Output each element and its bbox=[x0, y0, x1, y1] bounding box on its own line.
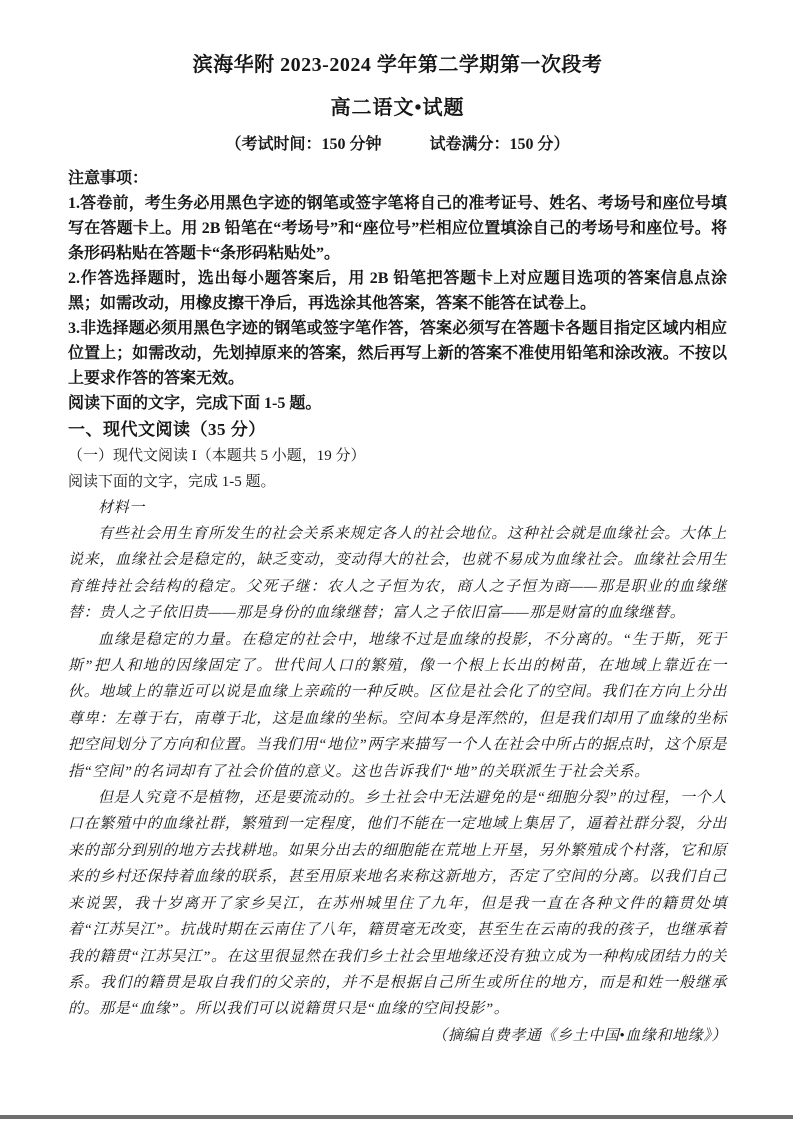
reading-instruction: 阅读下面的文字，完成下面 1-5 题。 bbox=[68, 391, 727, 416]
notice-item-1: 1.答卷前，考生务必用黑色字迹的钢笔或签字笔将自己的准考证号、姓名、考场号和座位… bbox=[68, 191, 727, 266]
exam-title: 滨海华附 2023-2024 学年第二学期第一次段考 bbox=[68, 52, 727, 79]
exam-info-line: （考试时间：150 分钟 试卷满分：150 分） bbox=[68, 134, 727, 156]
exam-paper-page: 滨海华附 2023-2024 学年第二学期第一次段考 高二语文•试题 （考试时间… bbox=[0, 0, 793, 1122]
material-paragraph-2: 血缘是稳定的力量。在稳定的社会中，地缘不过是血缘的投影，不分离的。“生于斯，死于… bbox=[68, 627, 727, 785]
exam-subtitle: 高二语文•试题 bbox=[68, 95, 727, 121]
notice-item-3: 3.非选择题必须用黑色字迹的钢笔或签字笔作答，答案必须写在答题卡各题目指定区域内… bbox=[68, 316, 727, 391]
material-paragraph-1: 有些社会用生育所发生的社会关系来规定各人的社会地位。这种社会就是血缘社会。大体上… bbox=[68, 521, 727, 627]
bottom-border-bar bbox=[0, 1115, 793, 1119]
material-one-label: 材料一 bbox=[68, 495, 727, 521]
reading-instruction-2: 阅读下面的文字，完成 1-5 题。 bbox=[68, 469, 727, 495]
material-paragraph-3: 但是人究竟不是植物，还是要流动的。乡土社会中无法避免的是“细胞分裂”的过程，一个… bbox=[68, 785, 727, 1023]
subsection-heading: （一）现代文阅读 I（本题共 5 小题，19 分） bbox=[68, 443, 727, 469]
source-attribution: （摘编自费孝通《乡土中国•血缘和地缘》） bbox=[68, 1023, 727, 1049]
section-heading-modern-reading: 一、现代文阅读（35 分） bbox=[68, 416, 727, 443]
notice-heading: 注意事项： bbox=[68, 166, 727, 191]
page-content: 滨海华附 2023-2024 学年第二学期第一次段考 高二语文•试题 （考试时间… bbox=[0, 0, 793, 1049]
notice-item-2: 2.作答选择题时，选出每小题答案后，用 2B 铅笔把答题卡上对应题目选项的答案信… bbox=[68, 266, 727, 316]
notice-section: 注意事项： 1.答卷前，考生务必用黑色字迹的钢笔或签字笔将自己的准考证号、姓名、… bbox=[68, 166, 727, 391]
